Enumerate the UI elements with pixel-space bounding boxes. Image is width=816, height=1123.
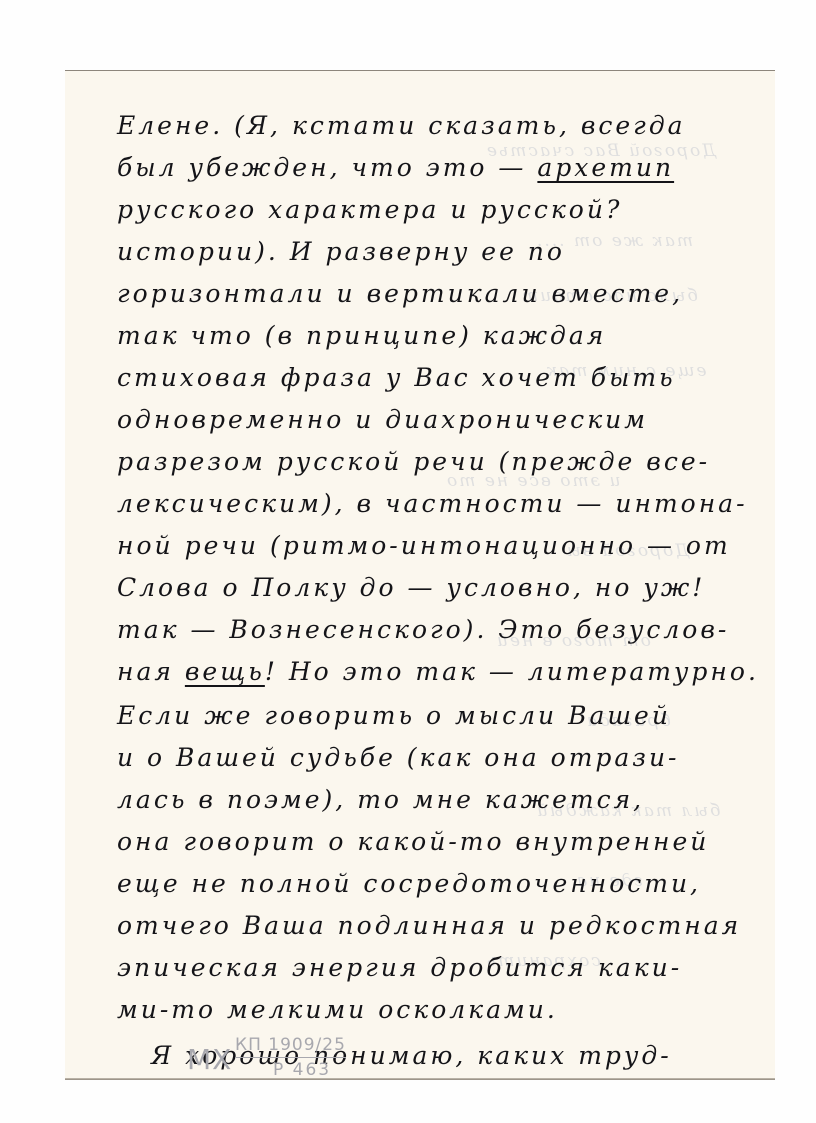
letter-line-4: истории). И разверну ее по <box>117 239 565 264</box>
underlined-word: архетип <box>537 153 674 182</box>
letter-line-19: еще не полной сосредоточенности, <box>117 871 701 896</box>
letter-line-16: и о Вашей судьбе (как она отрази- <box>117 745 680 770</box>
letter-line-13: так — Вознесенского). Это безуслов- <box>117 617 729 642</box>
letter-line-14: ная вещь! Но это так — литературно. <box>117 659 759 684</box>
line-text: ная <box>117 657 185 686</box>
letter-line-6: так что (в принципе) каждая <box>117 323 606 348</box>
letter-line-20: отчего Ваша подлинная и редкостная <box>117 913 741 938</box>
letter-line-17: лась в поэме), то мне кажется, <box>117 787 644 812</box>
scanned-page: Дорогой Вас счастье так же от .... было … <box>0 0 816 1123</box>
line-text: ! Но это так — литературно. <box>265 657 759 686</box>
record-number: Р 463 <box>273 1060 331 1080</box>
letter-line-10: лексическим), в частности — интона- <box>117 491 748 516</box>
line-text: был убежден, что это — <box>117 153 537 182</box>
letter-line-8: одновременно и диахроническим <box>117 407 648 432</box>
underlined-word: вещь <box>185 657 265 686</box>
letter-line-2: был убежден, что это — архетип <box>117 155 674 180</box>
letter-line-1: Елене. (Я, кстати сказать, всегда <box>117 113 686 138</box>
inventory-number: КП 1909/25 <box>235 1035 346 1058</box>
letter-line-12: Слова о Полку до — условно, но уж! <box>117 575 705 600</box>
letter-line-21: эпическая энергия дробится каки- <box>117 955 682 980</box>
collection-code: МХ <box>187 1043 232 1076</box>
letter-line-18: она говорит о какой-то внутренней <box>117 829 709 854</box>
letter-line-22: ми-то мелкими осколками. <box>117 997 558 1022</box>
letter-line-15: Если же говорить о мысли Вашей <box>117 703 671 728</box>
letter-line-11: ной речи (ритмо-интонационно — от <box>117 533 731 558</box>
letter-line-7: стиховая фраза у Вас хочет быть <box>117 365 676 390</box>
letter-sheet: Дорогой Вас счастье так же от .... было … <box>65 70 775 1079</box>
letter-line-5: горизонтали и вертикали вместе, <box>117 281 683 306</box>
letter-line-9: разрезом русской речи (прежде все- <box>117 449 710 474</box>
letter-line-3: русского характера и русской? <box>117 197 622 222</box>
